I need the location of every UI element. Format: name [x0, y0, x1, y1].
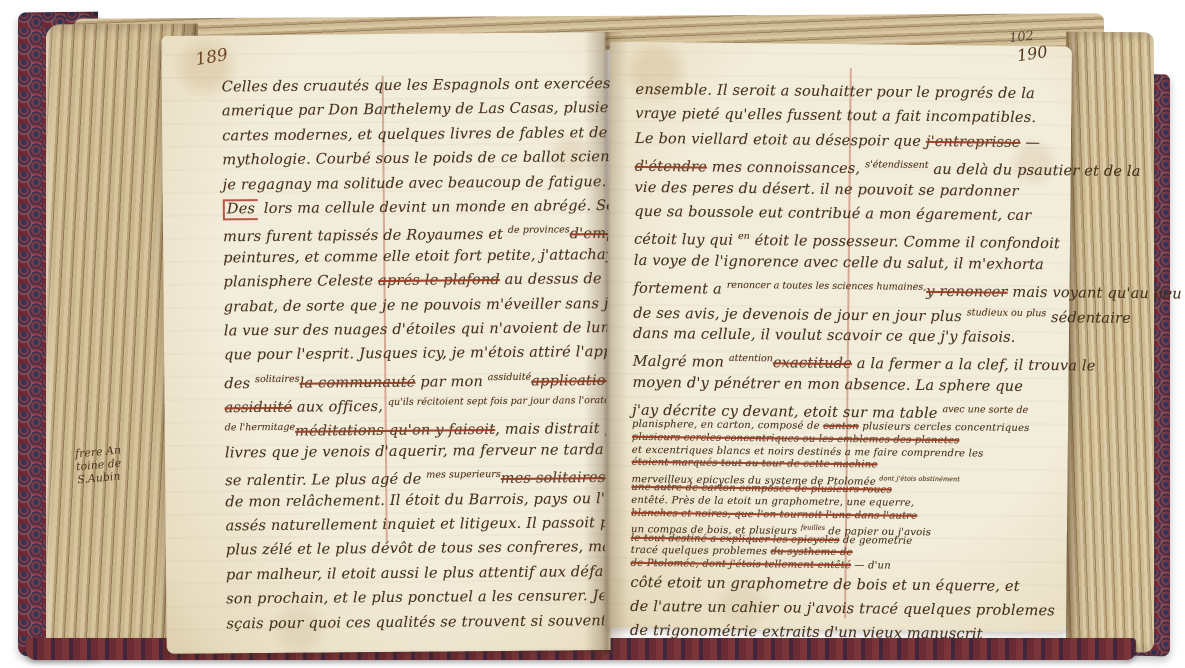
- manuscript-line: plus zélé et le plus dévôt de tous ses c…: [226, 536, 604, 564]
- right-page-number: 190: [1016, 42, 1049, 65]
- text-segment: la vue sur des nuages d'étoiles qui n'av…: [224, 320, 644, 340]
- manuscript-line: grabat, de sorte que je ne pouvois m'éve…: [224, 292, 602, 320]
- left-page-number: 189: [194, 45, 229, 70]
- manuscript-line: assés naturellement inquiet et litigeux.…: [225, 511, 603, 539]
- manuscript-line: son prochain, et le plus ponctuel a les …: [226, 584, 604, 612]
- text-segment: entêté. Près de la etoit un graphometre,…: [631, 495, 914, 509]
- struck-text-segment: j'entreprisse: [926, 134, 1021, 151]
- text-segment: côté etoit un graphometre de bois et un …: [630, 574, 1020, 594]
- text-segment: fortement a: [633, 281, 726, 298]
- text-segment: ensemble. Il seroit a souhaitter pour le…: [635, 82, 1035, 102]
- interlinear-insert-segment: qu'ils récitoient sept fois par jour dan…: [388, 395, 623, 408]
- right-page: 102 190 ensemble. Il seroit a souhaitter…: [604, 42, 1072, 633]
- text-segment: mythologie. Courbé sous le poids de ce b…: [222, 149, 659, 169]
- interlinear-insert-segment: mes superieurs: [426, 469, 501, 481]
- struck-text-segment: canton: [823, 421, 859, 432]
- manuscript-line: de mon relâchement. Il étoit du Barrois,…: [225, 487, 603, 515]
- text-segment: que sa boussole eut contribué a mon égar…: [634, 204, 1031, 224]
- text-segment: sçais pour quoi ces qualités se trouvent…: [226, 613, 607, 632]
- struck-text-segment: exactitude: [773, 355, 852, 372]
- text-segment: de geometrie: [839, 535, 912, 547]
- manuscript-line: je regagnay ma solitude avec beaucoup de…: [223, 170, 601, 198]
- text-segment: tracé quelques problemes: [631, 545, 771, 557]
- interlinear-insert-segment: studieux ou plus: [967, 307, 1047, 319]
- struck-text-segment: assiduité: [224, 400, 292, 417]
- manuscript-line: planisphere Celeste aprés le plafond au …: [223, 267, 601, 295]
- interlinear-insert-segment: solitaires: [255, 373, 300, 384]
- text-segment: Le bon viellard etoit au désespoir que: [635, 131, 926, 150]
- photograph-of-open-manuscript-book: 189 Celles des cruautés que les Espagnol…: [0, 0, 1185, 668]
- manuscript-line: de l'hermitageméditations qu'on y faisoi…: [225, 414, 603, 442]
- text-segment: planisphere Celeste: [223, 273, 378, 290]
- manuscript-line: la vue sur des nuages d'étoiles qui n'av…: [224, 316, 602, 344]
- struck-text-segment: la communauté: [300, 374, 416, 391]
- text-segment: sédentaire: [1046, 310, 1131, 327]
- text-segment: moyen d'y pénétrer en mon absence. La sp…: [632, 375, 1023, 395]
- right-page-text: ensemble. Il seroit a souhaitter pour le…: [630, 78, 1068, 648]
- manuscript-line: mythologie. Courbé sous le poids de ce b…: [222, 145, 600, 173]
- text-segment: vie des peres du désert. il ne pouvoit s…: [634, 179, 1018, 199]
- struck-text-segment: y renoncer: [926, 284, 1008, 301]
- manuscript-line: amerique par Don Barthelemy de Las Casas…: [222, 97, 600, 125]
- left-page-text: Celles des cruautés que les Espagnols on…: [222, 72, 605, 636]
- text-segment: des: [224, 376, 255, 392]
- text-segment: plus zélé et le plus dévôt de tous ses c…: [226, 539, 624, 558]
- text-segment: cétoit luy qui: [634, 232, 738, 249]
- left-page: 189 Celles des cruautés que les Espagnol…: [161, 32, 610, 654]
- red-bracketed-segment: Des: [223, 199, 258, 220]
- text-segment: a la fermer a la clef, il trouva le: [852, 356, 1096, 375]
- text-segment: —: [1020, 135, 1040, 151]
- margin-note: frere An toine de S.Aubin: [74, 441, 155, 487]
- struck-text-segment: étoient marqués tout au tour de cette ma…: [632, 457, 878, 471]
- struck-text-segment: blanches et noires, que l'on tournoit l'…: [631, 507, 917, 521]
- text-segment: Celles des cruautés que les Espagnols on…: [222, 76, 634, 96]
- manuscript-line: cartes modernes, et quelques livres de f…: [222, 121, 600, 149]
- struck-text-segment: méditations qu'on y faisoit: [295, 422, 495, 440]
- manuscript-line: murs furent tapissés de Royaumes et de p…: [223, 218, 601, 246]
- struck-text-segment: mes solitaires: [501, 470, 606, 487]
- text-segment: peintures, et comme elle etoit fort peti…: [223, 247, 632, 267]
- interlinear-insert-segment: avec une sorte de: [942, 404, 1028, 416]
- text-segment: de l'autre un cahier ou j'avois tracé qu…: [630, 599, 1055, 619]
- page-block-right-edges: [1066, 32, 1154, 653]
- text-segment: son prochain, et le plus ponctuel a les …: [226, 588, 630, 608]
- manuscript-line: de trigonométrie extraits d'un vieux man…: [630, 619, 1062, 648]
- manuscript-line: par malheur, il etoit aussi le plus atte…: [226, 560, 604, 588]
- text-segment: plusieurs cercles concentriques: [859, 422, 1030, 435]
- text-segment: la voye de l'ignorence avec celle du sal…: [634, 253, 1044, 273]
- manuscript-line: des solitairesla communauté par mon assi…: [224, 365, 602, 393]
- manuscript-line: livres que je venois d'aquerir, ma ferve…: [225, 438, 603, 466]
- text-segment: Malgré mon: [633, 354, 729, 371]
- interlinear-insert-segment: dont j'étois obstinément: [879, 474, 960, 483]
- struck-text-segment: une autre de carton composée de plusieur…: [631, 482, 892, 496]
- text-segment: dans ma cellule, il voulut scavoir ce qu…: [633, 326, 1016, 346]
- struck-text-segment: d'étendre: [635, 159, 707, 176]
- interlinear-insert-segment: renoncer a toutes les sciences humaines,: [727, 280, 927, 293]
- text-segment: par malheur, il etoit aussi le plus atte…: [226, 564, 650, 584]
- text-segment: mes connoissances,: [707, 160, 865, 178]
- text-segment: amerique par Don Barthelemy de Las Casas…: [222, 100, 633, 120]
- text-segment: — d'un: [851, 560, 891, 571]
- text-segment: aux offices,: [292, 399, 388, 416]
- interlinear-insert-segment: de provinces: [508, 225, 570, 237]
- text-segment: assés naturellement inquiet et litigeux.…: [226, 515, 654, 535]
- text-segment: livres que je venois d'aquerir, ma ferve…: [225, 442, 635, 462]
- interlinear-insert-segment: feuilles: [801, 524, 825, 532]
- text-segment: que pour l'esprit. Jusques icy, je m'éto…: [224, 344, 647, 364]
- manuscript-line: se ralentir. Le plus agé de mes superieu…: [225, 462, 603, 490]
- interlinear-insert-segment: attention: [729, 353, 773, 364]
- interlinear-insert-segment: s'étendissent: [865, 159, 929, 171]
- struck-text-segment: aprés le plafond: [378, 272, 500, 289]
- text-segment: je regagnay ma solitude avec beaucoup de…: [223, 174, 607, 193]
- text-segment: au delà du psautier et de la: [929, 162, 1141, 180]
- text-segment: se ralentir. Le plus agé de: [225, 472, 426, 490]
- interlinear-insert-segment: de l'hermitage: [225, 422, 295, 434]
- struck-text-segment: le tout destiné a expliquer les epicycle…: [631, 533, 840, 546]
- text-segment: lors ma cellule devint un monde en abrég…: [259, 198, 623, 217]
- text-segment: cartes modernes, et quelques livres de f…: [222, 125, 627, 145]
- text-segment: murs furent tapissés de Royaumes et: [223, 227, 508, 245]
- interlinear-insert-segment: en: [738, 231, 750, 242]
- struck-text-segment: de Ptolomée, dont j'étois tellement entê…: [631, 558, 852, 571]
- manuscript-line: sçais pour quoi ces qualités se trouvent…: [226, 609, 604, 637]
- struck-text-segment: du systheme de: [771, 547, 853, 559]
- text-segment: vraye pieté qu'elles fussent tout a fait…: [635, 106, 1036, 126]
- text-segment: planisphere, en carton, composé de: [632, 419, 823, 432]
- text-segment: de trigonométrie extraits d'un vieux man…: [630, 623, 983, 643]
- manuscript-line: assiduité aux offices, qu'ils récitoient…: [224, 389, 602, 417]
- interlinear-insert-segment: assiduité: [488, 371, 532, 382]
- manuscript-book: 189 Celles des cruautés que les Espagnol…: [18, 8, 1170, 660]
- text-segment: mais voyant qu'au lieu de profiter: [1008, 285, 1185, 304]
- text-segment: de mon relâchement. Il étoit du Barrois,…: [225, 490, 651, 510]
- manuscript-line: peintures, et comme elle etoit fort peti…: [223, 243, 601, 271]
- manuscript-line: Des lors ma cellule devint un monde en a…: [223, 194, 601, 222]
- text-segment: grabat, de sorte que je ne pouvois m'éve…: [224, 295, 646, 315]
- manuscript-line: que pour l'esprit. Jusques icy, je m'éto…: [224, 340, 602, 368]
- text-segment: par mon: [415, 374, 487, 391]
- manuscript-line: Celles des cruautés que les Espagnols on…: [222, 72, 600, 100]
